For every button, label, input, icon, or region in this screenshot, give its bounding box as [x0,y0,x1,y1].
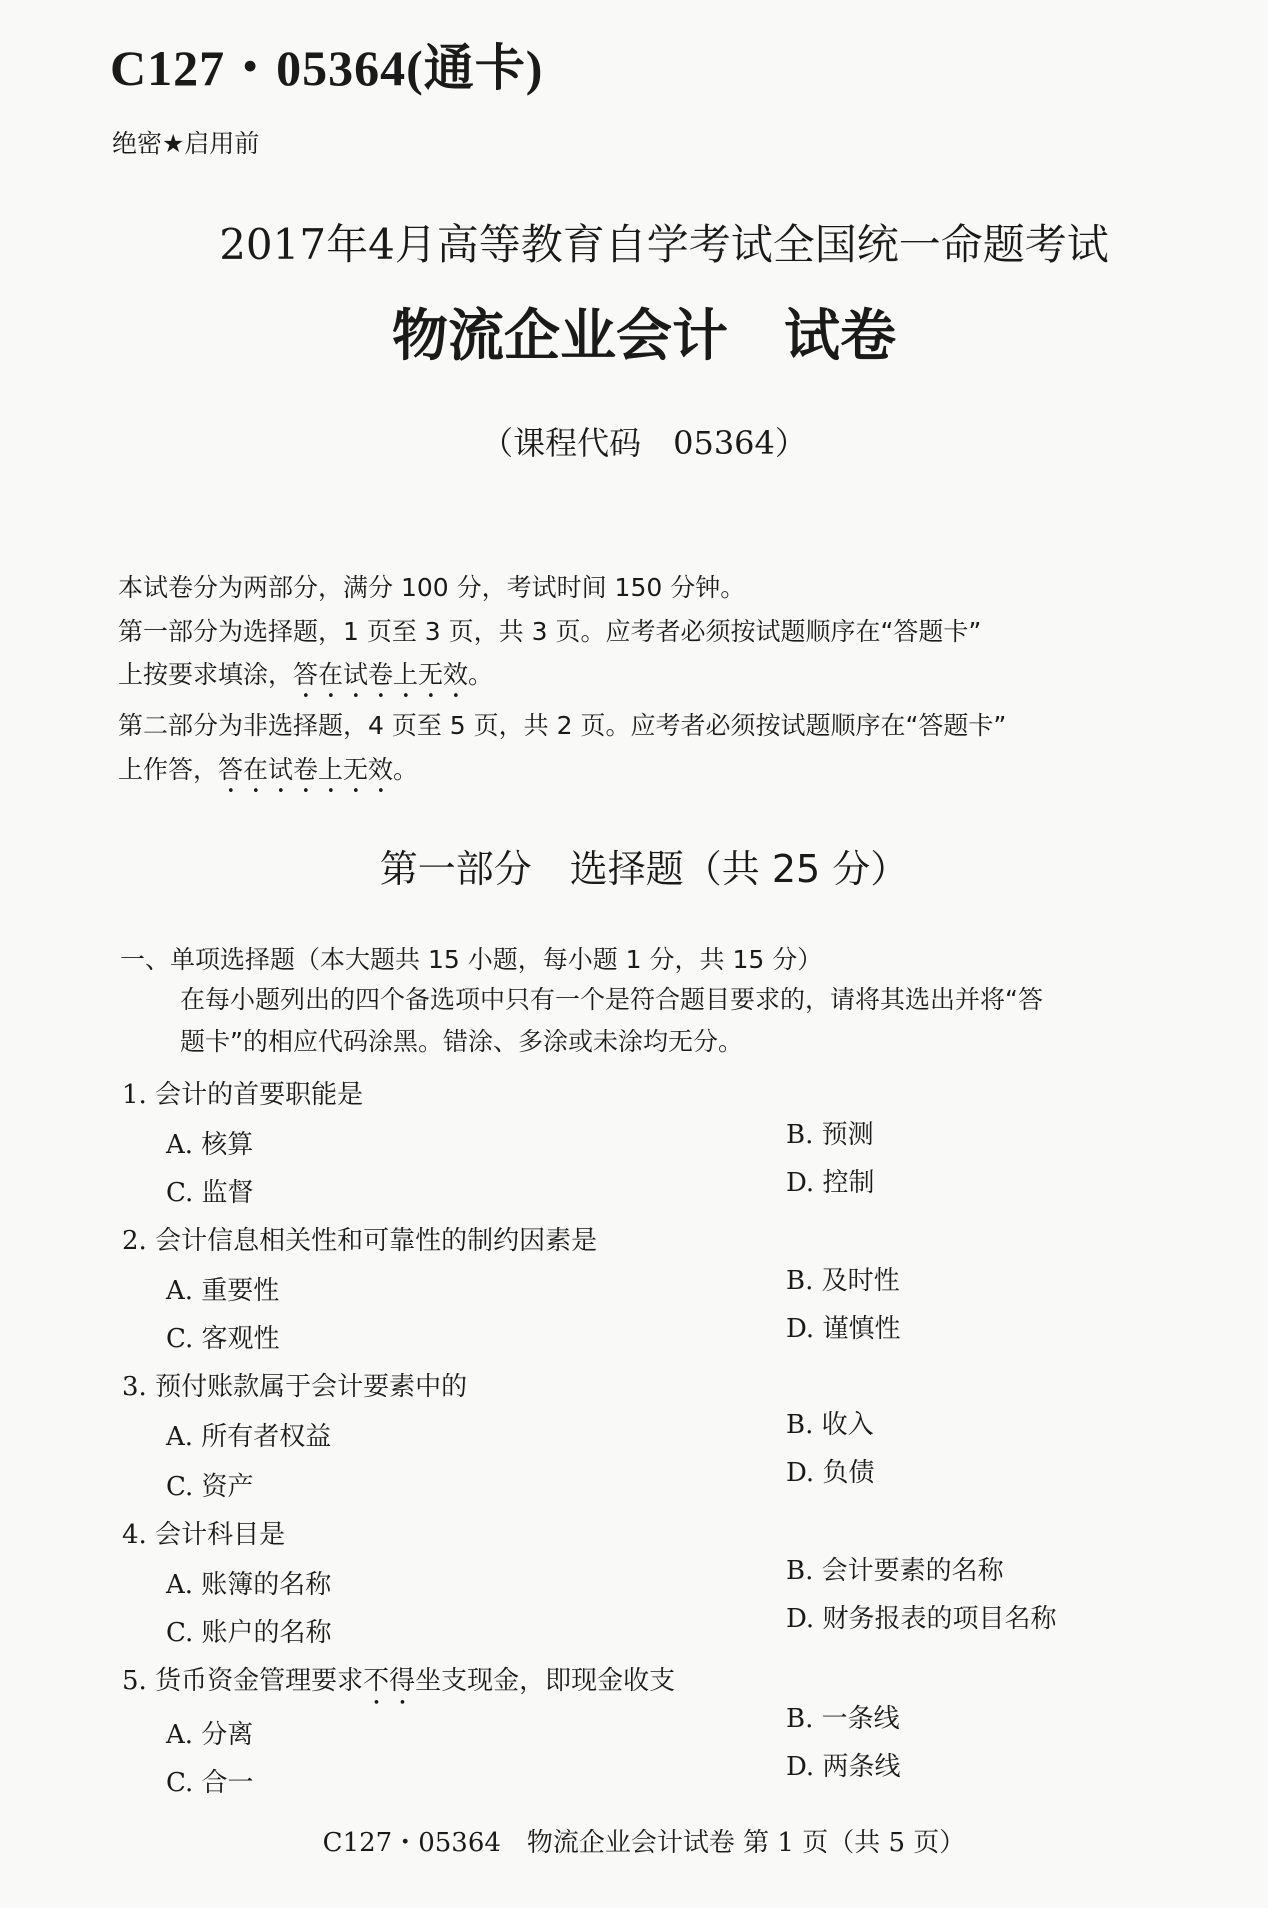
question-stem: 2. 会计信息相关性和可靠性的制约因素是 [122,1220,597,1257]
instruction-text: 上按要求填涂， [118,660,293,689]
option-b: B. 预测 [786,1114,874,1151]
instruction-line: 第二部分为非选择题，4 页至 5 页，共 2 页。应考者必须按试题顺序在“答题卡… [118,706,1006,742]
option-d: D. 财务报表的项目名称 [786,1598,1056,1635]
instruction-text: 。 [468,660,493,689]
option-d: D. 负债 [786,1452,874,1489]
option-c: C. 资产 [166,1466,254,1503]
option-b: B. 及时性 [786,1260,900,1297]
option-a: A. 重要性 [166,1270,279,1307]
option-c: C. 客观性 [166,1318,280,1355]
question-stem: 4. 会计科目是 [122,1514,285,1551]
course-code: （课程代码 05364） [0,418,1268,464]
option-d: D. 控制 [786,1162,874,1199]
instruction-line: 上作答，答在试卷上无效。 [118,750,418,799]
part-description: 题卡”的相应代码涂黑。错涂、多涂或未涂均无分。 [180,1022,743,1058]
option-a: A. 所有者权益 [166,1416,331,1453]
question-text: 5. 货币资金管理要求 [122,1666,363,1696]
question-stem: 1. 会计的首要职能是 [122,1074,363,1111]
option-a: A. 账簿的名称 [166,1564,331,1601]
question-text: 坐支现金，即现金收支 [415,1666,675,1696]
exam-title: 2017年4月高等教育自学考试全国统一命题考试 [0,212,1268,272]
option-d: D. 两条线 [786,1746,900,1783]
emphasis-text: 答在试卷上无效 [218,755,393,784]
option-a: A. 分离 [166,1714,253,1751]
part-title: 一、单项选择题（本大题共 15 小题，每小题 1 分，共 15 分） [120,940,822,976]
paper-title: 物流企业会计 试卷 [0,292,1268,372]
option-a: A. 核算 [166,1124,253,1161]
option-b: B. 收入 [786,1404,874,1441]
option-c: C. 合一 [166,1762,254,1799]
confidential-label: 绝密★启用前 [112,124,259,160]
page-footer: C127・05364 物流企业会计试卷 第 1 页（共 5 页） [0,1822,1268,1859]
option-d: D. 谨慎性 [786,1308,900,1345]
instruction-line: 上按要求填涂，答在试卷上无效。 [118,655,493,704]
option-b: B. 会计要素的名称 [786,1550,1004,1587]
emphasis-text: 不得 [363,1666,415,1696]
option-c: C. 监督 [166,1172,254,1209]
part-description: 在每小题列出的四个备选项中只有一个是符合题目要求的，请将其选出并将“答 [180,980,1043,1016]
instruction-text: 上作答， [118,755,218,784]
section-title: 第一部分 选择题（共 25 分） [0,838,1268,893]
option-c: C. 账户的名称 [166,1612,332,1649]
instruction-line: 第一部分为选择题，1 页至 3 页，共 3 页。应考者必须按试题顺序在“答题卡” [118,612,981,648]
question-stem: 5. 货币资金管理要求不得坐支现金，即现金收支 [122,1660,675,1711]
emphasis-text: 答在试卷上无效 [293,660,468,689]
option-b: B. 一条线 [786,1698,900,1735]
instruction-text: 。 [393,755,418,784]
instruction-line: 本试卷分为两部分，满分 100 分，考试时间 150 分钟。 [118,568,745,604]
paper-code: C127・05364(通卡) [110,28,543,100]
question-stem: 3. 预付账款属于会计要素中的 [122,1366,467,1403]
